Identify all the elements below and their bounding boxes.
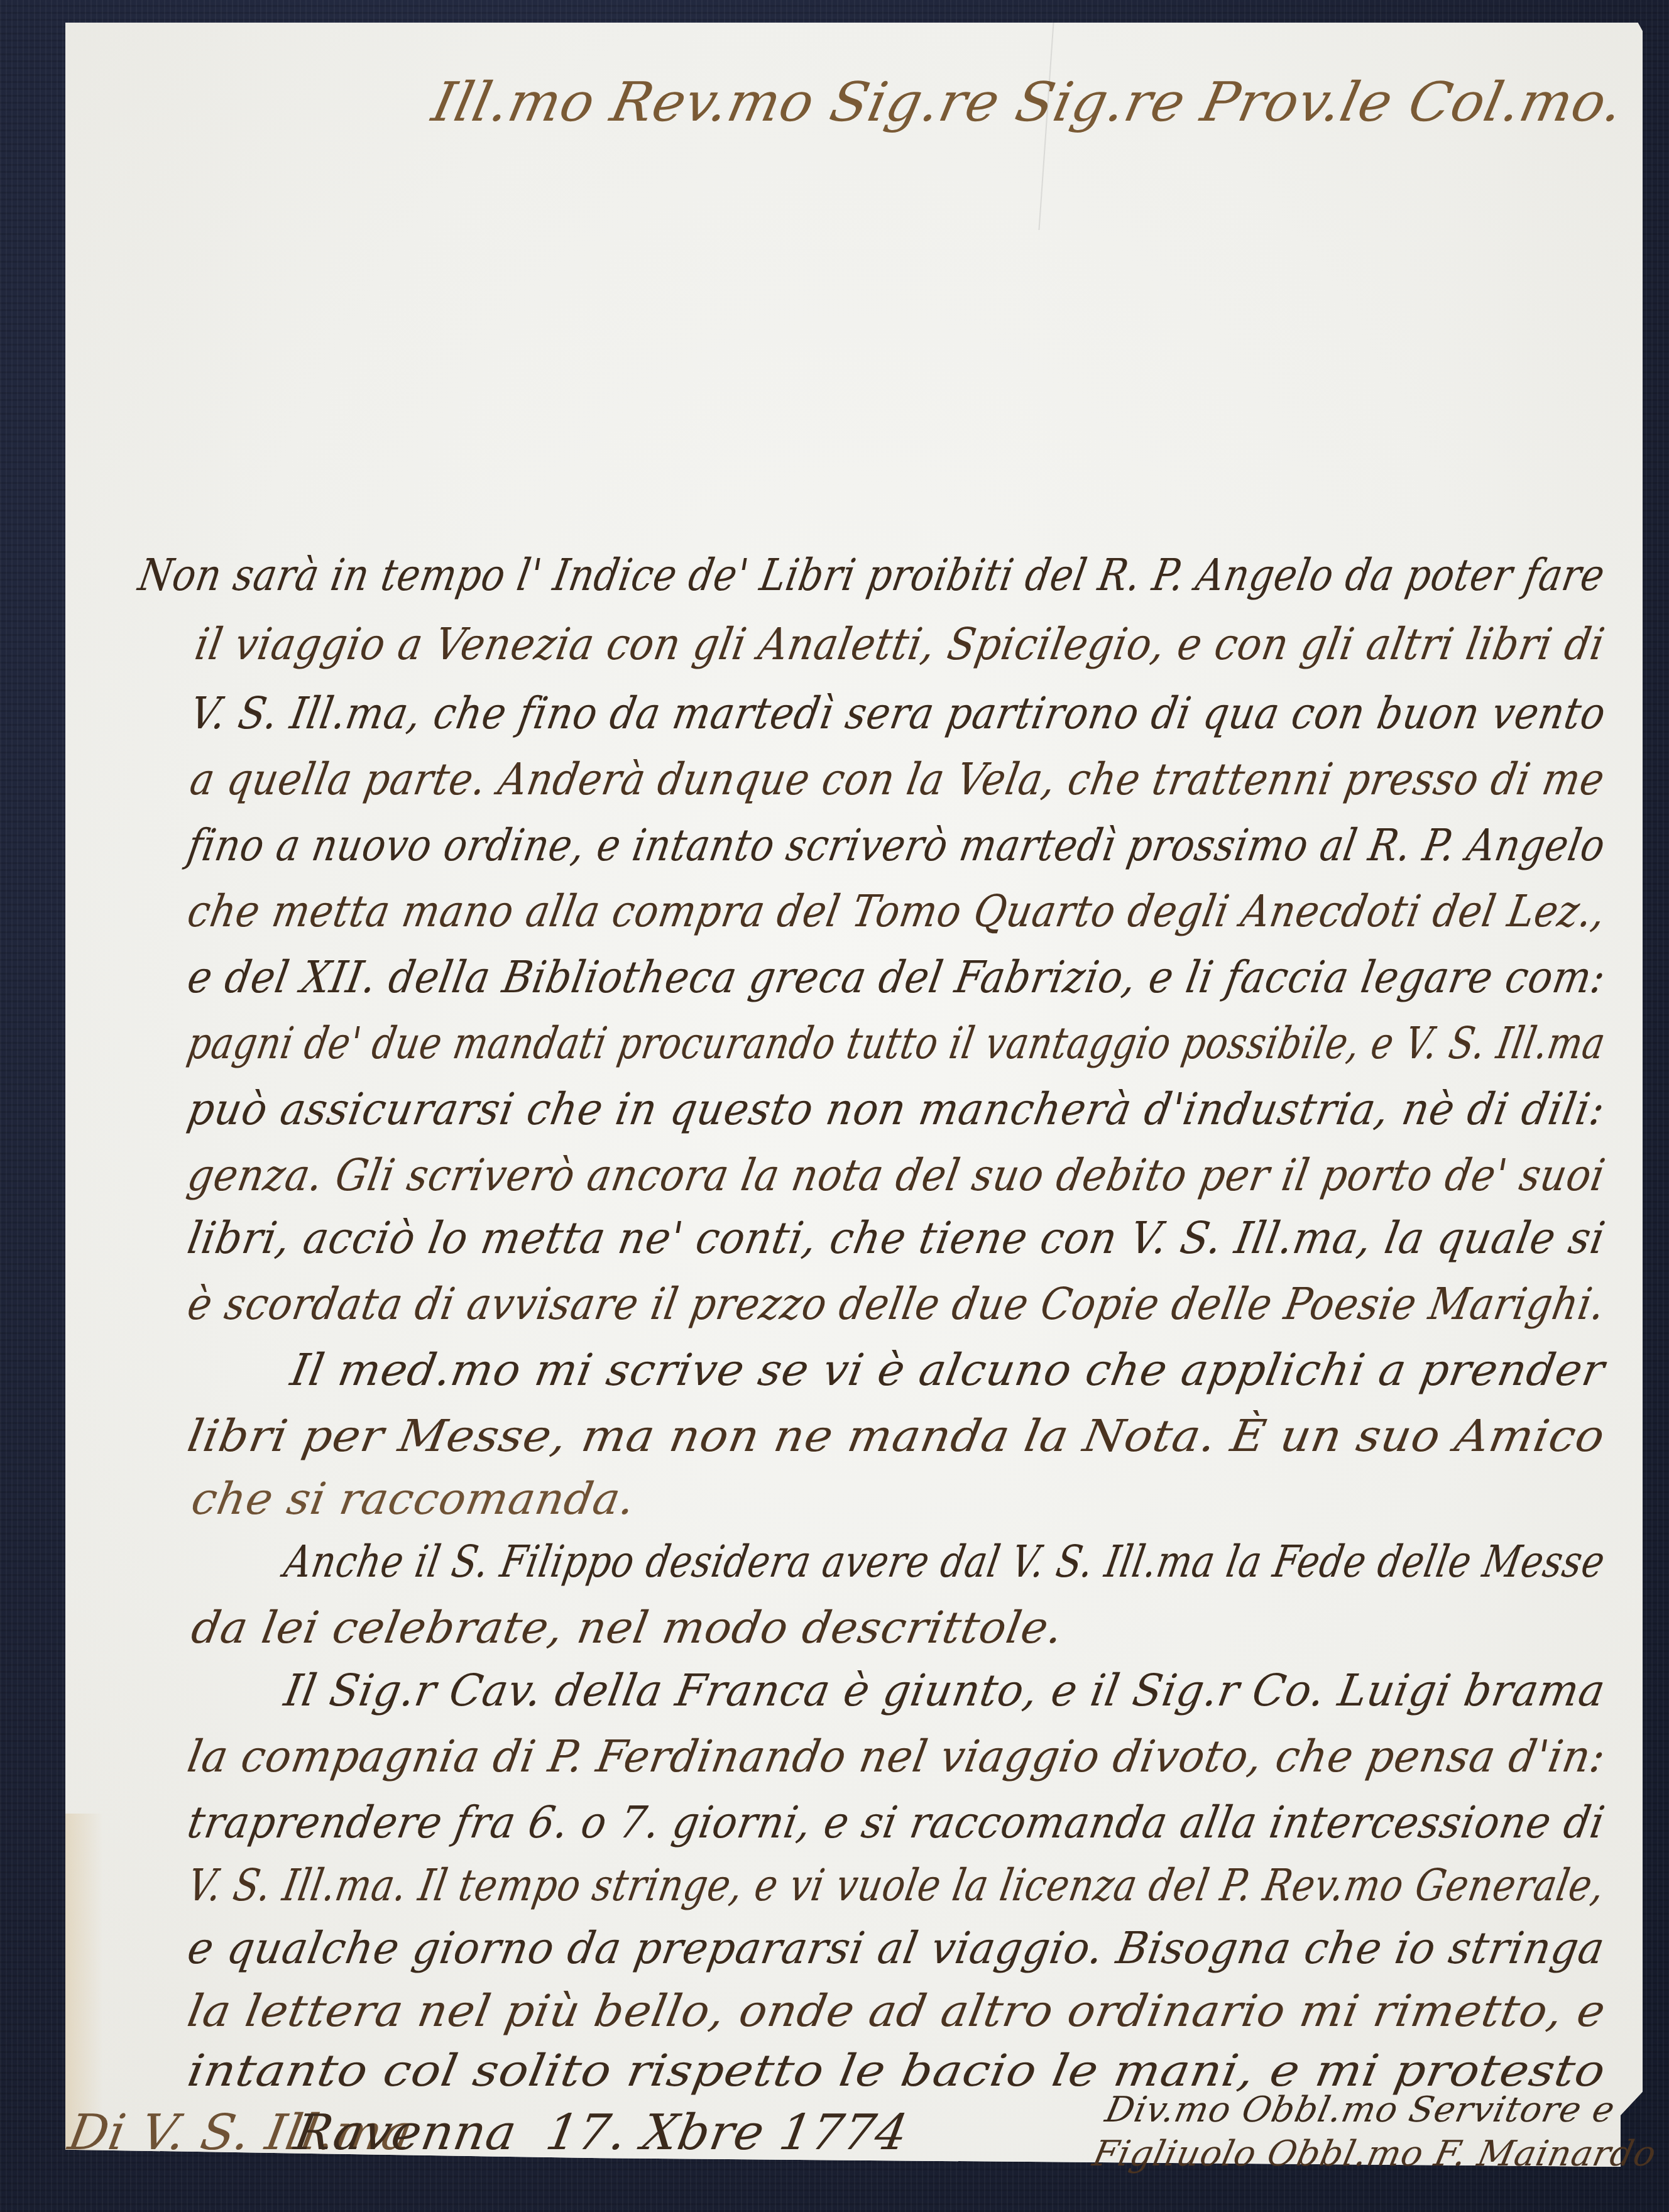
signature-line-2: Figliuolo Obbl.mo F. Mainardo: [1090, 2137, 1660, 2172]
body-line: libri per Messe, ma non ne manda la Nota…: [185, 1414, 1609, 1458]
body-line: la lettera nel più bello, onde ad altro …: [185, 1989, 1609, 2033]
body-line: genza. Gli scriverò ancora la nota del s…: [185, 1153, 1609, 1197]
body-line: il viaggio a Venezia con gli Analetti, S…: [192, 622, 1608, 666]
body-line: Il Sig.r Cav. della Franca è giunto, e i…: [282, 1668, 1609, 1712]
body-line: intanto col solito rispetto le bacio le …: [185, 2049, 1609, 2093]
closing-place: Ravenna: [291, 2108, 520, 2157]
body-line: a quella parte. Anderà dunque con la Vel…: [187, 757, 1608, 801]
body-line: libri, acciò lo metta ne' conti, che tie…: [185, 1216, 1609, 1260]
body-line: che si raccomanda.: [189, 1477, 639, 1521]
body-line: da lei celebrate, nel modo descrittole.: [189, 1606, 1067, 1650]
body-line: la compagnia di P. Ferdinando nel viaggi…: [185, 1734, 1609, 1778]
body-line: e del XII. della Bibliotheca greca del F…: [185, 955, 1609, 999]
signature-line-1: Div.mo Obbl.mo Servitore e: [1102, 2093, 1618, 2128]
body-line: e qualche giorno da prepararsi al viaggi…: [185, 1926, 1608, 1970]
body-line: può assicurarsi che in questo non manche…: [185, 1087, 1609, 1131]
body-line: traprendere fra 6. o 7. giorni, e si rac…: [185, 1800, 1608, 1844]
salutation: Ill.mo Rev.mo Sig.re Sig.re Prov.le Col.…: [428, 75, 1628, 129]
body-line: Non sarà in tempo l' Indice de' Libri pr…: [136, 553, 1609, 597]
body-line: Il med.mo mi scrive se vi è alcuno che a…: [288, 1348, 1608, 1392]
body-line: fino a nuovo ordine, e intanto scriverò …: [185, 823, 1609, 867]
body-line: è scordata di avvisare il prezzo delle d…: [185, 1282, 1609, 1326]
body-line: V. S. Ill.ma, che fino da martedì sera p…: [187, 691, 1609, 735]
body-line: pagni de' due mandati procurando tutto i…: [185, 1021, 1609, 1065]
body-line: che metta mano alla compra del Tomo Quar…: [185, 889, 1609, 933]
closing-date: 17. Xbre 1774: [542, 2108, 912, 2157]
body-line: Anche il S. Filippo desidera avere dal V…: [282, 1540, 1609, 1584]
body-line: V. S. Ill.ma. Il tempo stringe, e vi vuo…: [185, 1863, 1609, 1907]
